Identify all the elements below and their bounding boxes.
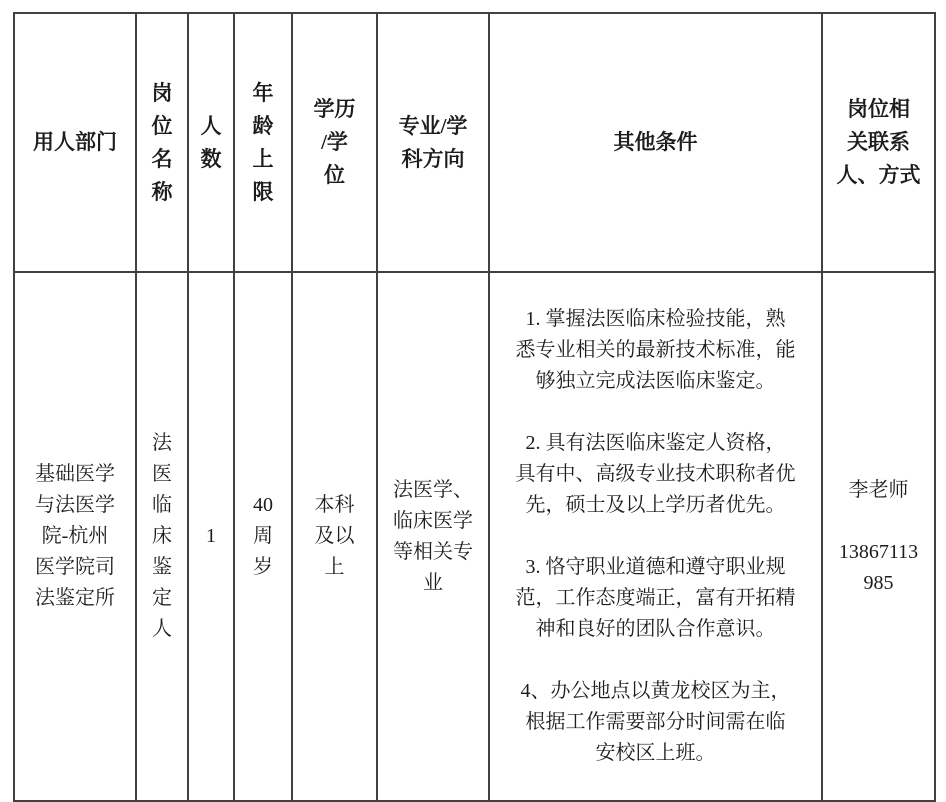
header-cell-contact: 岗位相 关联系 人、方式 xyxy=(822,13,935,272)
header-cell-headcount: 人 数 xyxy=(188,13,234,272)
cell-headcount: 1 xyxy=(188,272,234,801)
cell-position: 法 医 临 床 鉴 定 人 xyxy=(136,272,188,801)
cell-education: 本科 及以 上 xyxy=(292,272,377,801)
header-cell-position: 岗 位 名 称 xyxy=(136,13,188,272)
table-row: 基础医学 与法医学 院-杭州 医学院司 法鉴定所 法 医 临 床 鉴 定 人 1… xyxy=(14,272,935,801)
header-cell-education: 学历 /学 位 xyxy=(292,13,377,272)
header-cell-department: 用人部门 xyxy=(14,13,136,272)
contact-name: 李老师 xyxy=(827,475,930,506)
cell-major: 法医学、 临床医学 等相关专 业 xyxy=(377,272,489,801)
header-cell-age-limit: 年 龄 上 限 xyxy=(234,13,292,272)
requirement-item-3: 3. 恪守职业道德和遵守职业规 范，工作态度端正，富有开拓精 神和良好的团队合作… xyxy=(498,552,813,645)
contact-phone: 13867113985 xyxy=(836,537,922,599)
table-header-row: 用人部门 岗 位 名 称 人 数 年 龄 上 限 学历 /学 位 专业/学 科方… xyxy=(14,13,935,272)
cell-department: 基础医学 与法医学 院-杭州 医学院司 法鉴定所 xyxy=(14,272,136,801)
requirement-item-1: 1. 掌握法医临床检验技能，熟 悉专业相关的最新技术标准，能 够独立完成法医临床… xyxy=(498,304,813,397)
recruitment-table: 用人部门 岗 位 名 称 人 数 年 龄 上 限 学历 /学 位 专业/学 科方… xyxy=(13,12,936,802)
header-cell-requirements: 其他条件 xyxy=(489,13,822,272)
cell-requirements: 1. 掌握法医临床检验技能，熟 悉专业相关的最新技术标准，能 够独立完成法医临床… xyxy=(489,272,822,801)
header-cell-major: 专业/学 科方向 xyxy=(377,13,489,272)
requirement-item-4: 4、办公地点以黄龙校区为主， 根据工作需要部分时间需在临 安校区上班。 xyxy=(498,676,813,769)
cell-contact: 李老师 13867113985 xyxy=(822,272,935,801)
cell-age-limit: 40 周 岁 xyxy=(234,272,292,801)
requirement-item-2: 2. 具有法医临床鉴定人资格， 具有中、高级专业技术职称者优 先，硕士及以上学历… xyxy=(498,428,813,521)
